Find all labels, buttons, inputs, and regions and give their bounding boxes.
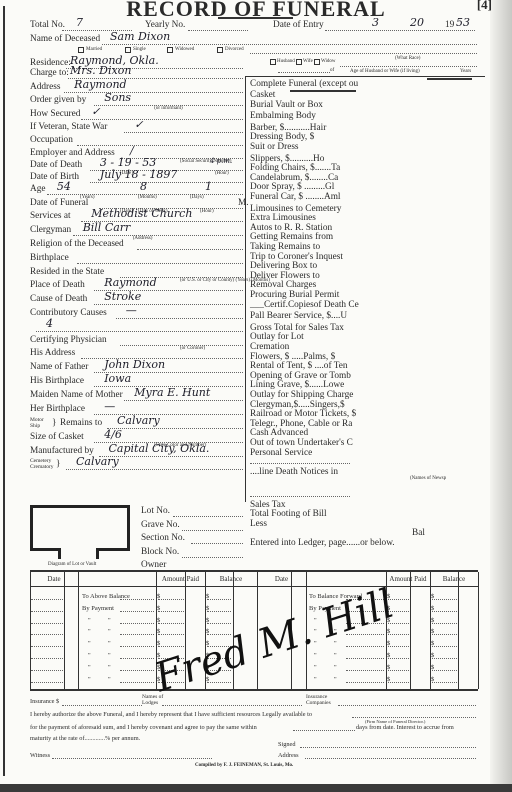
- currency-sign: $: [387, 640, 390, 647]
- ditto-mark: ": [108, 676, 111, 683]
- currency-sign: $: [387, 676, 390, 683]
- currency-sign: $: [157, 640, 160, 647]
- ledger-desc-line: [120, 623, 154, 624]
- age-label: Age: [30, 184, 46, 194]
- spouse-of-line: [278, 72, 330, 73]
- age-months-note: (Months): [138, 195, 157, 200]
- name-of-father-label: Name of Father: [30, 362, 88, 372]
- currency-sign: $: [206, 605, 209, 612]
- balance-label: Bal: [412, 528, 425, 538]
- charge-item-13: Extra Limousines: [250, 213, 316, 223]
- spouse-line: [340, 66, 477, 67]
- services-at-label: Services at: [30, 211, 71, 221]
- total-no-value[interactable]: 7: [76, 16, 83, 29]
- ledger-date-line: [31, 658, 63, 659]
- compiled-by: Compiled by F. J. FEINEMAN, St. Louis, M…: [195, 763, 293, 768]
- his-birthplace-label: His Birthplace: [30, 376, 84, 386]
- if-veteran-state-war-value[interactable]: ✓: [134, 118, 143, 131]
- ledger-header-left-3: Balance: [205, 575, 257, 583]
- years-label: Years: [460, 69, 471, 74]
- charge-item-38-line: [250, 463, 350, 464]
- charge-item-40: (Names of Newsp: [410, 476, 446, 481]
- ledger-header-rule: [30, 586, 478, 587]
- currency-sign: $: [157, 628, 160, 635]
- wife-label: Wife: [303, 59, 313, 64]
- charge-item-6: Suit or Dress: [250, 142, 299, 152]
- ledger-desc-line: [120, 599, 154, 600]
- ditto-mark: ": [334, 664, 337, 671]
- block-no-line: [182, 557, 244, 558]
- lot-diagram-leg-right: [96, 548, 99, 559]
- charge-item-41-line: [250, 496, 350, 497]
- ledger-amount-line-r: [388, 634, 409, 635]
- size-of-casket-label: Size of Casket: [30, 432, 84, 442]
- currency-sign: $: [387, 652, 390, 659]
- field-line: [66, 469, 243, 470]
- charge-item-20: Removal Charges: [250, 280, 316, 290]
- divorced-checkbox[interactable]: [217, 47, 223, 53]
- charge-item-5: Dressing Body, $: [250, 132, 314, 142]
- address-line: [64, 92, 243, 93]
- ledger-balance-line-r: [432, 634, 457, 635]
- widowed-checkbox[interactable]: [167, 47, 173, 53]
- ledger-header-right-3: Balance: [430, 575, 478, 583]
- married-label: Married: [86, 47, 102, 52]
- remains-to-label: Remains to: [60, 418, 102, 428]
- currency-sign: $: [206, 628, 209, 635]
- scan-bottom-edge: [0, 784, 512, 792]
- widowed-label: Widowed: [175, 47, 194, 52]
- currency-sign: $: [157, 593, 160, 600]
- lot-diagram-label: Diagram of Lot or Vault: [48, 562, 96, 567]
- address-label: Address: [278, 752, 299, 759]
- currency-sign: $: [431, 640, 434, 647]
- currency-sign: $: [431, 617, 434, 624]
- ditto-mark: ": [334, 652, 337, 659]
- ledger-col-line: [64, 572, 65, 689]
- order-given-by-note: (or informant): [154, 106, 182, 111]
- charge-item-26: Cremation: [250, 342, 289, 352]
- name-of-father-value[interactable]: John Dixon: [104, 358, 165, 371]
- single-checkbox[interactable]: [125, 47, 131, 53]
- charge-item-33: Railroad or Motor Tickets, $: [250, 409, 356, 419]
- charge-item-22: ___Certif.Copiesof Death Ce: [250, 300, 359, 310]
- record-number: [4]: [477, 0, 492, 13]
- ledger-balance-line: [207, 599, 231, 600]
- charge-item-3: Embalming Body: [250, 111, 316, 121]
- residence-label: Residence:: [30, 58, 71, 68]
- date-of-entry-label: Date of Entry: [273, 20, 324, 30]
- date-of-funeral-suffix: M.: [238, 198, 249, 208]
- certifying-physician-label: Certifying Physician: [30, 335, 107, 345]
- authorization-line-2-end: days from date. Interest to accrue from: [356, 724, 454, 731]
- ledger-desc-line-r: [346, 658, 384, 659]
- charge-item-31: Outlay for Shipping Charge: [250, 390, 353, 400]
- ditto-mark: ": [88, 652, 91, 659]
- signature: Fred M. Hill: [149, 581, 400, 702]
- ledger-amount-line: [158, 599, 184, 600]
- days-line: [293, 730, 355, 731]
- ledger-date-line: [31, 670, 63, 671]
- charge-item-15: Getting Remains from: [250, 232, 333, 242]
- charge-item-46: Entered into Ledger, page......or below.: [250, 538, 395, 548]
- section-no-line: [191, 543, 244, 544]
- charge-item-10: Door Spray, $ .........Gl: [250, 182, 334, 192]
- ledger-balance-line-r: [432, 682, 457, 683]
- date-of-entry-line: [325, 30, 475, 31]
- cause-of-death-line: [94, 304, 243, 305]
- ditto-mark: ": [88, 628, 91, 635]
- ledger-header-right-2: Amount Paid: [386, 575, 430, 583]
- date-of-birth-value[interactable]: July 18 - 1897: [100, 168, 177, 181]
- ditto-mark: ": [88, 664, 91, 671]
- charge-to-label: Charge to:: [30, 68, 69, 78]
- date-of-death-hour-note: (Hour): [215, 171, 229, 176]
- if-veteran-state-war-line: [124, 132, 243, 133]
- currency-sign: $: [206, 593, 209, 600]
- charge-item-43: Total Footing of Bill: [250, 509, 327, 519]
- date-entry-year-prefix: 19: [445, 20, 454, 30]
- spouse-of-label: of: [330, 68, 334, 73]
- resided-in-the-state-label: Resided in the State: [30, 267, 104, 277]
- charge-item-28: Rental of Tent, $ ....of Ten: [250, 361, 348, 371]
- ledger-balance-line-r: [432, 670, 457, 671]
- what-race-label: (What Race): [395, 56, 420, 61]
- address-label: Address: [30, 82, 60, 92]
- her-birthplace-value[interactable]: —: [104, 400, 115, 413]
- ledger-amount-line-r: [388, 682, 409, 683]
- ditto-mark: ": [108, 628, 111, 635]
- ditto-mark: ": [314, 676, 317, 683]
- ledger-amount-line: [158, 611, 184, 612]
- clergyman-note: (Address): [133, 236, 153, 241]
- field-value[interactable]: Calvary: [76, 455, 119, 468]
- ledger-balance-line: [207, 623, 231, 624]
- her-birthplace-label: Her Birthplace: [30, 404, 85, 414]
- charge-item-8: Folding Chairs, $.......Ta: [250, 163, 340, 173]
- age-value[interactable]: 54: [57, 180, 71, 193]
- ledger-desc-line-r: [346, 646, 384, 647]
- ledger-balance-line-r: [432, 599, 457, 600]
- insurance-line: [62, 705, 142, 706]
- interest-rate-line: maturity at the rate of.............% pe…: [30, 735, 140, 742]
- charge-item-34: Telegr., Phone, Cable or Ra: [250, 419, 352, 429]
- widow-checkbox[interactable]: [314, 59, 320, 65]
- name-of-deceased-label: Name of Deceased: [30, 34, 100, 44]
- ledger-desc-line: [120, 634, 154, 635]
- charge-to-value[interactable]: Mrs. Dixon: [70, 64, 131, 77]
- address-value[interactable]: Raymond: [74, 78, 127, 91]
- age-months-value[interactable]: 8: [140, 180, 147, 193]
- grave-no-label: Grave No.: [141, 520, 180, 530]
- widow-label: Widow: [321, 59, 336, 64]
- currency-sign: $: [157, 617, 160, 624]
- charge-item-35: Cash Advanced: [250, 428, 308, 438]
- yearly-no-label: Yearly No.: [145, 20, 185, 30]
- married-checkbox[interactable]: [78, 47, 84, 53]
- divorced-label: Divorced: [225, 47, 244, 52]
- name-of-deceased-value[interactable]: Sam Dixon: [110, 30, 170, 43]
- funeral-record-page: RECORD OF FUNERAL [4] Total No. 7 Yearly…: [0, 0, 512, 792]
- place-of-death-label: Place of Death: [30, 280, 85, 290]
- grave-no-line: [182, 530, 244, 531]
- how-secured-line: [81, 119, 243, 120]
- charge-item-11: Funeral Car, $ ........Aml: [250, 192, 341, 202]
- currency-sign: $: [387, 664, 390, 671]
- charge-item-1: Casket: [250, 90, 275, 100]
- contributory-causes-label: Contributory Causes: [30, 308, 107, 318]
- charge-item-17: Trip to Coroner's Inquest: [250, 252, 343, 262]
- contributory-causes-value[interactable]: —: [126, 304, 137, 317]
- husband-label: Husband: [277, 59, 295, 64]
- date-entry-day[interactable]: 20: [410, 16, 424, 29]
- birthplace-line: [77, 263, 243, 264]
- currency-sign: $: [431, 605, 434, 612]
- signed-label: Signed: [278, 741, 296, 748]
- date-of-death-label: Date of Death: [30, 160, 82, 170]
- remains-to-line: [107, 428, 243, 429]
- lot-diagram-leg-left: [58, 548, 61, 559]
- ledger-col-line: [478, 572, 479, 689]
- date-of-funeral-hour-note: (Hour): [200, 209, 214, 214]
- currency-sign: $: [431, 664, 434, 671]
- ledger-balance-line-r: [432, 646, 457, 647]
- charge-item-0: Complete Funeral (except ou: [250, 79, 358, 89]
- date-of-birth-label: Date of Birth: [30, 172, 79, 182]
- ditto-mark: ": [88, 617, 91, 624]
- contributory-causes-line: [116, 318, 243, 319]
- authorization-line-1: I hereby authorize the above Funeral, an…: [30, 711, 312, 718]
- charge-item-39: ....line Death Notices in: [250, 467, 338, 477]
- lot-diagram-base-left: [30, 548, 60, 551]
- ledger-balance-line-r: [432, 658, 457, 659]
- currency-sign: $: [206, 617, 209, 624]
- certifying-physician-note: (or Coroner): [180, 346, 205, 351]
- companies-label-bottom: Companies: [306, 700, 331, 706]
- how-secured-label: How Secured: [30, 109, 80, 119]
- brace: }: [56, 459, 60, 469]
- ditto-mark: ": [314, 664, 317, 671]
- ledger-col-line: [78, 572, 79, 689]
- ledger-left-row-label: By Payment: [82, 605, 114, 612]
- ledger-amount-line-r: [388, 670, 409, 671]
- charge-item-30: Lining Grave, $......Lowe: [250, 380, 344, 390]
- clergyman-line: [73, 235, 243, 236]
- ditto-mark: ": [314, 652, 317, 659]
- order-given-by-value[interactable]: Sons: [104, 91, 131, 104]
- ledger-balance-line-r: [432, 611, 457, 612]
- single-label: Single: [133, 47, 146, 52]
- date-entry-month[interactable]: 3: [372, 16, 379, 29]
- charge-item-23: Pall Bearer Service, $....U: [250, 311, 347, 321]
- right-panel-top: [245, 76, 485, 77]
- ledger-amount-line-r: [388, 646, 409, 647]
- ledger-desc-line-r: [346, 670, 384, 671]
- lot-diagram-base-right: [97, 548, 130, 551]
- race-line: [250, 53, 477, 54]
- signed-line: [300, 747, 476, 748]
- date-entry-year[interactable]: 53: [456, 16, 470, 29]
- spouse-age-label: Age of Husband or Wife (if living): [350, 69, 420, 74]
- insurance-label: Insurance $: [30, 698, 59, 705]
- charge-item-37: Personal Service: [250, 448, 312, 458]
- services-at-value[interactable]: Methodist Church: [91, 207, 192, 220]
- witness-line: [52, 758, 212, 759]
- field-prefix-bottom: Crematory: [30, 464, 54, 470]
- remains-to-value[interactable]: Calvary: [117, 414, 160, 427]
- religion-of-the-deceased-line: [137, 249, 243, 250]
- ledger-col-line: [458, 572, 459, 689]
- lodges-line: [162, 705, 302, 706]
- ledger-header-right-0: Date: [257, 575, 306, 583]
- charge-item-36: Out of town Undertaker's C: [250, 438, 353, 448]
- place-of-death-value[interactable]: Raymond: [104, 276, 157, 289]
- ledger-date-line: [31, 646, 63, 647]
- ledger-col-line: [410, 572, 411, 689]
- companies-line: [338, 705, 476, 706]
- charge-item-2: Burial Vault or Box: [250, 100, 323, 110]
- cause-of-death-label: Cause of Death: [30, 294, 87, 304]
- ledger-date-line: [31, 682, 63, 683]
- size-of-casket-value[interactable]: 4/6: [104, 428, 122, 441]
- date-of-death-hour-value[interactable]: 4 p.m.: [210, 157, 232, 165]
- ditto-mark: ": [108, 617, 111, 624]
- address-line: [305, 758, 476, 759]
- block-no-label: Block No.: [141, 547, 179, 557]
- charge-item-25: Outlay for Lot: [250, 332, 304, 342]
- date-of-funeral-label: Date of Funeral: [30, 198, 88, 208]
- title-underline: [218, 17, 293, 19]
- ditto-mark: ": [108, 664, 111, 671]
- right-panel-border: [245, 76, 246, 502]
- maiden-name-of-mother-value[interactable]: Myra E. Hunt: [134, 386, 210, 399]
- ditto-mark: ": [108, 640, 111, 647]
- lot-no-line: [173, 516, 244, 517]
- ditto-mark: ": [108, 652, 111, 659]
- ledger-desc-line: [120, 611, 154, 612]
- ledger-date-line: [31, 634, 63, 635]
- remains-to-prefix-bottom: Ship: [30, 423, 40, 429]
- owner-label: Owner: [141, 560, 166, 570]
- how-secured-value[interactable]: ✓: [91, 105, 100, 118]
- complete-funeral-underline: [290, 90, 356, 92]
- clergyman-label: Clergyman: [30, 225, 71, 235]
- ledger-balance-line-r: [432, 623, 457, 624]
- authorization-line-2: for the payment of aforesaid sum, and I …: [30, 724, 257, 731]
- age-days-note: (Days): [190, 195, 204, 200]
- currency-sign: $: [157, 605, 160, 612]
- charge-item-19: Deliver Flowers to: [250, 271, 320, 281]
- ledger-header-left-0: Date: [30, 575, 78, 583]
- lodges-label-bottom: Lodges: [142, 700, 158, 706]
- ledger-date-line: [31, 611, 63, 612]
- yearly-no-line: [188, 30, 248, 31]
- total-no-label: Total No.: [30, 20, 65, 30]
- ledger-header-left-2: Amount Paid: [156, 575, 205, 583]
- manufactured-by-line: [99, 456, 244, 457]
- ledger-balance-line: [207, 611, 231, 612]
- charge-item-16: Taking Remains to: [250, 242, 320, 252]
- ledger-desc-line: [120, 670, 154, 671]
- ledger-amount-line: [158, 623, 184, 624]
- birthplace-label: Birthplace: [30, 253, 69, 263]
- currency-sign: $: [431, 676, 434, 683]
- currency-sign: $: [431, 652, 434, 659]
- field-line: [36, 331, 243, 332]
- lot-diagram-box: [30, 505, 130, 551]
- firm-name-line: [352, 717, 476, 718]
- charge-item-18: Delivering Box to: [250, 261, 317, 271]
- cause-of-death-value[interactable]: Stroke: [104, 290, 141, 303]
- ledger-bottom-rule: [30, 689, 478, 691]
- lot-no-label: Lot No.: [141, 506, 170, 516]
- ledger-desc-line: [120, 646, 154, 647]
- ditto-mark: ": [334, 676, 337, 683]
- occupation-line: [77, 145, 243, 146]
- ditto-mark: ": [88, 640, 91, 647]
- ledger-desc-line: [120, 682, 154, 683]
- maiden-name-of-mother-label: Maiden Name of Mother: [30, 390, 123, 400]
- maiden-name-of-mother-line: [124, 400, 243, 401]
- his-address-label: His Address: [30, 348, 75, 358]
- currency-sign: $: [431, 593, 434, 600]
- clergyman-value[interactable]: Bill Carr: [83, 221, 131, 234]
- occupation-label: Occupation: [30, 135, 73, 145]
- order-given-by-label: Order given by: [30, 95, 86, 105]
- date-of-birth-line: [90, 182, 243, 183]
- field-value[interactable]: 4: [46, 317, 53, 330]
- currency-sign: $: [431, 628, 434, 635]
- ledger-date-line: [31, 623, 63, 624]
- wife-checkbox[interactable]: [296, 59, 302, 65]
- religion-of-the-deceased-label: Religion of the Deceased: [30, 239, 124, 249]
- charge-item-12: Limousines to Cemetery: [250, 204, 341, 214]
- scan-edge: [490, 0, 512, 792]
- ledger-date-line: [31, 599, 63, 600]
- witness-label: Witness: [30, 752, 50, 759]
- ledger-col-line: [30, 572, 31, 689]
- currency-sign: $: [387, 628, 390, 635]
- ledger-amount-line-r: [388, 658, 409, 659]
- brace: }: [52, 418, 56, 428]
- husband-checkbox[interactable]: [270, 59, 276, 65]
- his-birthplace-value[interactable]: Iowa: [104, 372, 131, 385]
- left-border: [3, 6, 5, 776]
- right-panel-mark: [427, 78, 472, 80]
- if-veteran-state-war-label: If Veteran, State War: [30, 122, 107, 132]
- age-days-value[interactable]: 1: [205, 180, 212, 193]
- ledger-desc-line-r: [346, 682, 384, 683]
- ditto-mark: ": [88, 676, 91, 683]
- manufactured-by-value[interactable]: Capital City, Okla.: [109, 442, 210, 455]
- name-line: [102, 44, 477, 45]
- section-no-label: Section No.: [141, 533, 185, 543]
- ledger-amount-line: [158, 634, 184, 635]
- charge-item-44: Less: [250, 519, 267, 529]
- charge-item-21: Procuring Burial Permit: [250, 290, 339, 300]
